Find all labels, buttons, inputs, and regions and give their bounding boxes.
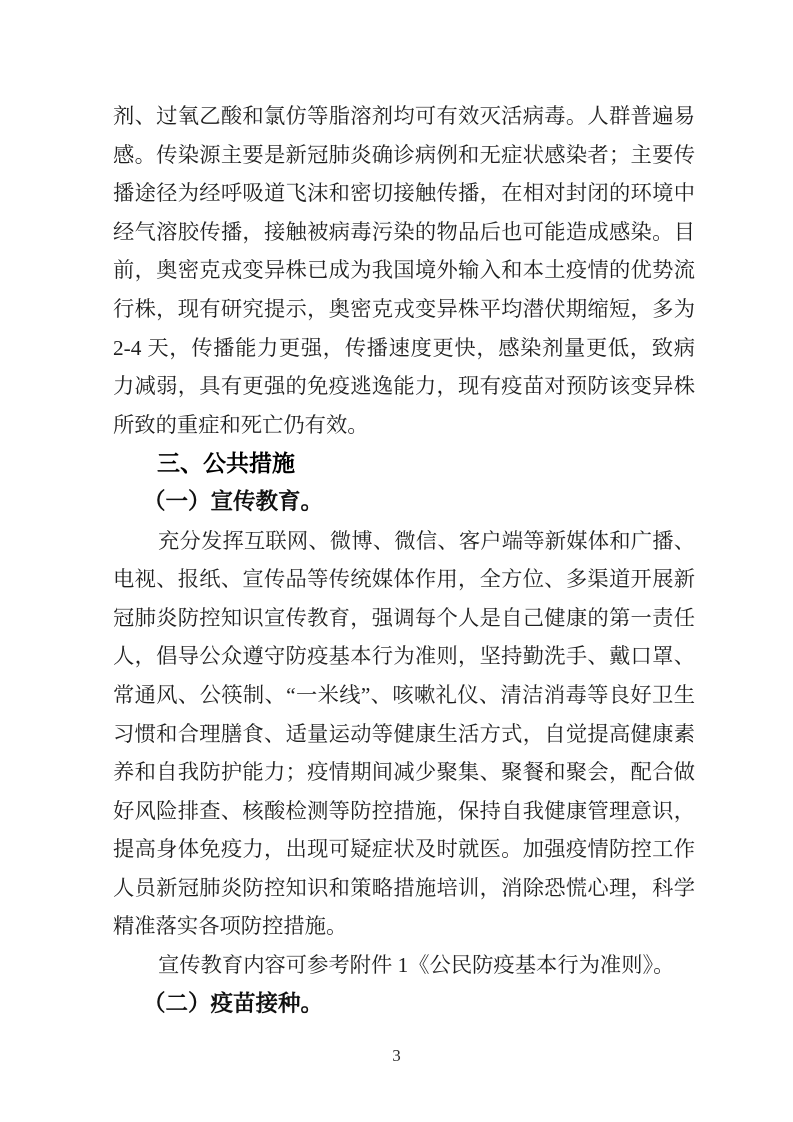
- text-line: 好风险排查、核酸检测等防控措施，保持自我健康管理意识，: [113, 792, 695, 831]
- text-line: 2-4 天，传播能力更强，传播速度更快，感染剂量更低，致病: [113, 329, 695, 368]
- text-line: 冠肺炎防控知识宣传教育，强调每个人是自己健康的第一责任: [113, 599, 695, 638]
- text-line: 前，奥密克戎变异株已成为我国境外输入和本土疫情的优势流: [113, 251, 695, 290]
- text-line: 行株，现有研究提示，奥密克戎变异株平均潜伏期缩短，多为: [113, 290, 695, 329]
- page-number: 3: [0, 1046, 793, 1066]
- text-line: 充分发挥互联网、微博、微信、客户端等新媒体和广播、: [113, 522, 695, 561]
- text-line: 经气溶胶传播，接触被病毒污染的物品后也可能造成感染。目: [113, 213, 695, 252]
- text-line: 所致的重症和死亡仍有效。: [113, 406, 695, 445]
- subsection-heading: （二）疫苗接种。: [113, 985, 695, 1024]
- text-line: 提高身体免疫力，出现可疑症状及时就医。加强疫情防控工作: [113, 830, 695, 869]
- text-line: 精准落实各项防控措施。: [113, 907, 695, 946]
- document-body: 剂、过氧乙酸和氯仿等脂溶剂均可有效灭活病毒。人群普遍易 感。传染源主要是新冠肺炎…: [113, 97, 695, 1023]
- text-line: 人，倡导公众遵守防疫基本行为准则，坚持勤洗手、戴口罩、: [113, 637, 695, 676]
- text-line: 播途径为经呼吸道飞沫和密切接触传播，在相对封闭的环境中: [113, 174, 695, 213]
- text-line: 力减弱，具有更强的免疫逃逸能力，现有疫苗对预防该变异株: [113, 367, 695, 406]
- text-line: 宣传教育内容可参考附件 1《公民防疫基本行为准则》。: [113, 946, 695, 985]
- text-line: 人员新冠肺炎防控知识和策略措施培训，消除恐慌心理，科学: [113, 869, 695, 908]
- subsection-heading: （一）宣传教育。: [113, 483, 695, 522]
- text-line: 常通风、公筷制、“一米线”、咳嗽礼仪、清洁消毒等良好卫生: [113, 676, 695, 715]
- document-page: 剂、过氧乙酸和氯仿等脂溶剂均可有效灭活病毒。人群普遍易 感。传染源主要是新冠肺炎…: [0, 0, 793, 1122]
- text-line: 电视、报纸、宣传品等传统媒体作用，全方位、多渠道开展新: [113, 560, 695, 599]
- section-heading: 三、公共措施: [113, 444, 695, 483]
- text-line: 剂、过氧乙酸和氯仿等脂溶剂均可有效灭活病毒。人群普遍易: [113, 97, 695, 136]
- text-line: 感。传染源主要是新冠肺炎确诊病例和无症状感染者；主要传: [113, 136, 695, 175]
- text-line: 习惯和合理膳食、适量运动等健康生活方式，自觉提高健康素: [113, 715, 695, 754]
- text-line: 养和自我防护能力；疫情期间减少聚集、聚餐和聚会，配合做: [113, 753, 695, 792]
